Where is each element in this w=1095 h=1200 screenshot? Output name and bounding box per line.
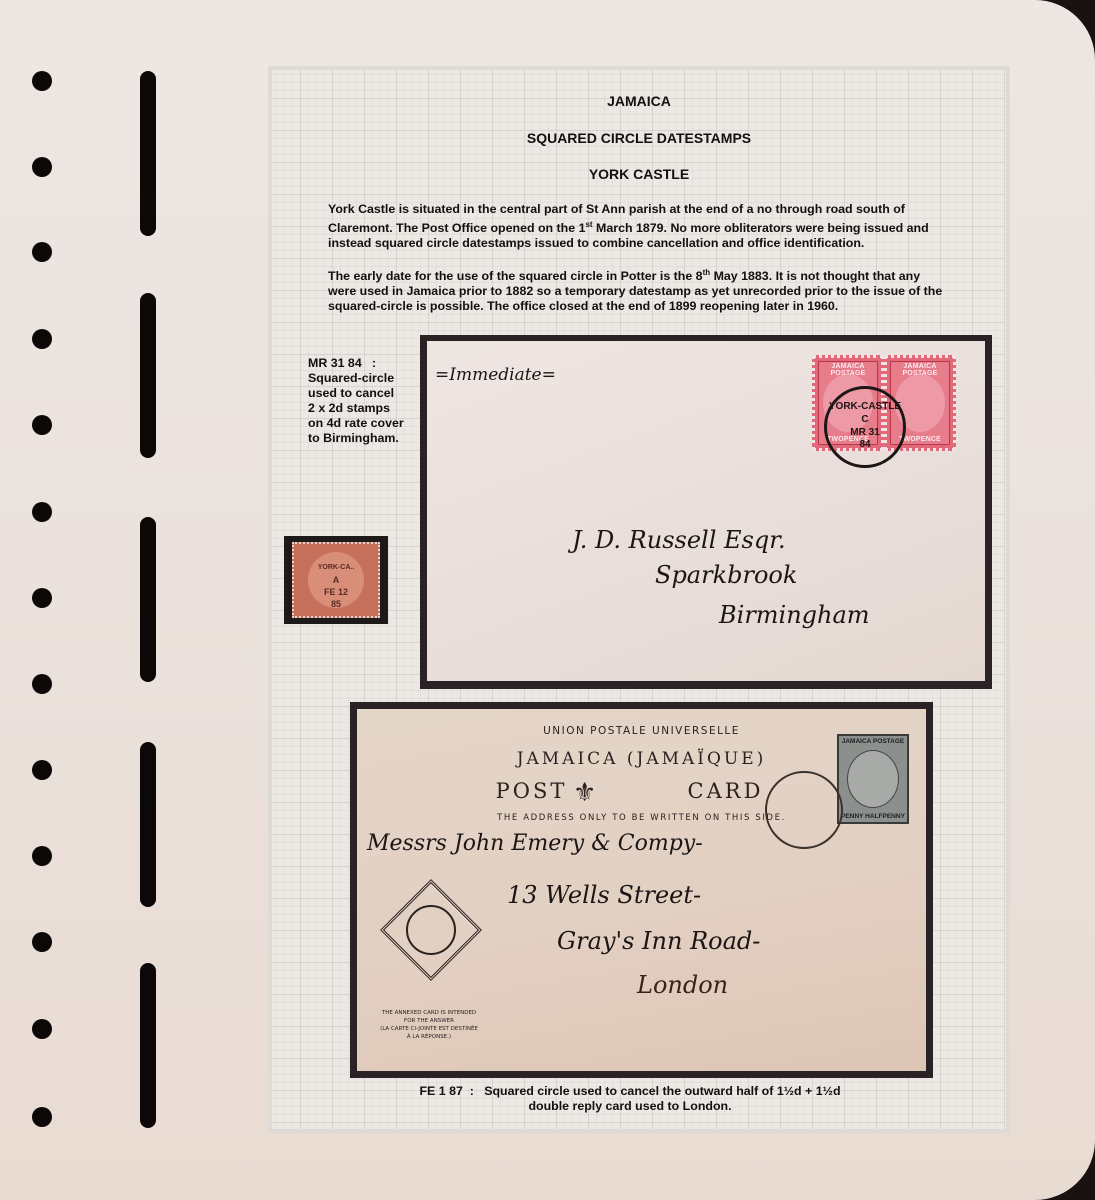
address-line: Birmingham [719, 601, 870, 629]
text: The early date for the use of the square… [328, 269, 703, 283]
punch-hole [32, 932, 52, 952]
punch-hole [32, 1019, 52, 1039]
york-castle-squared-circle [765, 771, 843, 849]
cancel-line: 85 [316, 598, 356, 610]
cancel-year: 84 [827, 439, 903, 450]
note-line: to Birmingham. [308, 431, 418, 446]
punch-hole [32, 1107, 52, 1127]
endorsement: =Immediate= [435, 365, 556, 385]
punch-slot [140, 742, 156, 907]
early-date-paragraph: The early date for the use of the square… [328, 265, 948, 314]
kingston-circle [396, 895, 467, 966]
stamp-label: JAMAICA POSTAGE [839, 738, 907, 745]
note-line: used to cancel [308, 386, 418, 401]
page-title: JAMAICA [268, 93, 1010, 109]
punch-hole [32, 502, 52, 522]
punch-slot [140, 71, 156, 236]
stamp-cancel: YORK-CA.. A FE 12 85 [316, 562, 356, 610]
penny-halfpenny-stamp: JAMAICA POSTAGE PENNY HALFPENNY [837, 734, 909, 824]
cover-description: MR 31 84 : Squared-circle used to cancel… [308, 356, 418, 446]
cancel-office: YORK-CASTLE [827, 401, 903, 412]
note-line: (LA CARTE CI-JOINTE EST DESTINÉE [369, 1025, 489, 1033]
address-line: Messrs John Emery & Compy- [367, 831, 703, 856]
jamaica-postcard: UNION POSTALE UNIVERSELLE JAMAICA (JAMAÏ… [357, 709, 926, 1071]
punch-slot [140, 293, 156, 458]
punch-hole [32, 157, 52, 177]
note-line: 2 x 2d stamps [308, 401, 418, 416]
address-line: J. D. Russell Esqr. [572, 526, 786, 554]
superscript: th [703, 268, 711, 277]
york-castle-squared-circle: YORK-CASTLE C MR 31 84 [824, 386, 906, 468]
card-card: CARD [441, 779, 1010, 803]
caption-line: FE 1 87 : Squared circle used to cancel … [360, 1084, 900, 1099]
note-line: À LA RÉPONSE.) [369, 1033, 489, 1041]
postcard-caption: FE 1 87 : Squared circle used to cancel … [360, 1084, 900, 1114]
punch-hole [32, 242, 52, 262]
punch-hole [32, 674, 52, 694]
address-line: Sparkbrook [655, 561, 797, 589]
cancel-date: MR 31 [827, 427, 903, 438]
stamp-label: JAMAICA POSTAGE [887, 363, 953, 377]
note-line: MR 31 84 : [308, 356, 418, 371]
stamp-label: JAMAICA POSTAGE [815, 363, 881, 377]
punch-hole [32, 329, 52, 349]
address-line: London [637, 971, 728, 999]
cancel-line: FE 12 [316, 586, 356, 598]
punch-slot [140, 517, 156, 682]
punch-hole [32, 71, 52, 91]
punch-hole [32, 760, 52, 780]
cancel-code: C [827, 414, 903, 425]
birmingham-cover: =Immediate= J. D. Russell Esqr. Sparkbro… [427, 341, 985, 681]
reply-note: THE ANNEXED CARD IS INTENDED FOR THE ANS… [369, 1009, 489, 1041]
note-line: FOR THE ANSWER [369, 1017, 489, 1025]
fourpence-stamp: YORK-CA.. A FE 12 85 [292, 542, 380, 618]
note-line: THE ANNEXED CARD IS INTENDED [369, 1009, 489, 1017]
punch-slot [140, 963, 156, 1128]
caption-line: double reply card used to London. [360, 1099, 900, 1114]
section-title: YORK CASTLE [268, 166, 1010, 182]
address-line: 13 Wells Street- [507, 881, 701, 909]
punch-hole [32, 846, 52, 866]
cancel-line: YORK-CA.. [316, 562, 356, 574]
cancel-line: A [316, 574, 356, 586]
page-subtitle: SQUARED CIRCLE DATESTAMPS [268, 130, 1010, 146]
superscript: st [585, 220, 592, 229]
queen-portrait [847, 750, 899, 808]
fourpence-stamp-mount: YORK-CA.. A FE 12 85 [284, 536, 388, 624]
address-line: Gray's Inn Road- [557, 927, 760, 955]
note-line: Squared-circle [308, 371, 418, 386]
note-line: on 4d rate cover [308, 416, 418, 431]
stamp-label: PENNY HALFPENNY [839, 813, 907, 820]
kingston-squared-circle [380, 879, 482, 981]
punch-hole [32, 415, 52, 435]
intro-paragraph: York Castle is situated in the central p… [328, 202, 948, 251]
punch-hole [32, 588, 52, 608]
